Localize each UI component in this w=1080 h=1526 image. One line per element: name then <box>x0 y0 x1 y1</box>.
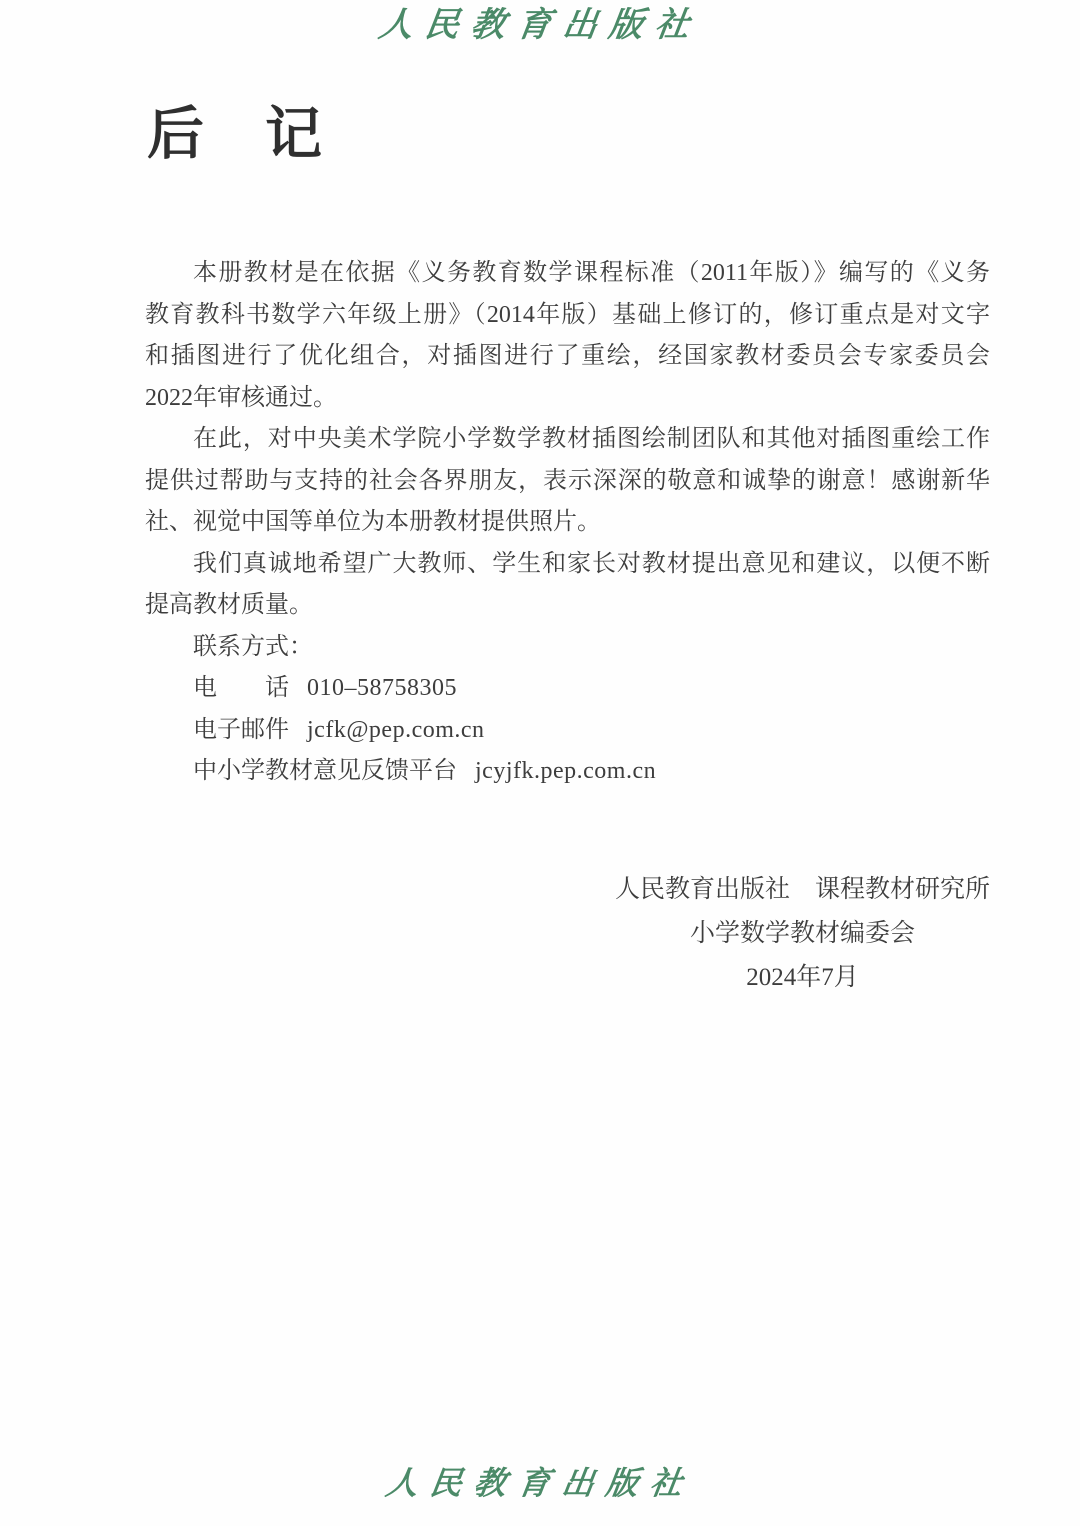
signature-date: 2024年7月 <box>615 956 990 1000</box>
email-label: 电子邮件 <box>193 710 289 752</box>
phone-number: 010–58758305 <box>307 675 457 701</box>
publisher-logo-bottom: 人民教育出版社 <box>0 1460 1080 1506</box>
paragraph1-line: 2022年审核通过。 <box>145 378 990 420</box>
signature-editorial-committee: 小学数学教材编委会 <box>615 912 990 956</box>
signature-publisher-institute: 人民教育出版社 课程教材研究所 <box>615 868 990 912</box>
paragraph1-line: 本册教材是在依据《义务教育数学课程标准（2011年版）》编写的《义务 <box>145 253 990 295</box>
contact-row-email: 电子邮件jcfk@pep.com.cn <box>145 710 990 752</box>
publisher-logo-top: 人民教育出版社 <box>0 2 1080 48</box>
feedback-platform-label: 中小学教材意见反馈平台 <box>193 751 457 793</box>
paragraph1-line: 教育教科书数学六年级上册》（2014年版）基础上修订的，修订重点是对文字 <box>145 295 990 337</box>
feedback-platform-url: jcyjfk.pep.com.cn <box>475 758 656 784</box>
paragraph3-line: 提高教材质量。 <box>145 585 990 627</box>
contact-heading: 联系方式： <box>145 627 990 669</box>
paragraph2-line: 提供过帮助与支持的社会各界朋友，表示深深的敬意和诚挚的谢意！感谢新华 <box>145 461 990 503</box>
page-title: 后 记 <box>147 98 324 172</box>
paragraph2-line: 社、视觉中国等单位为本册教材提供照片。 <box>145 502 990 544</box>
signature-block: 人民教育出版社 课程教材研究所 小学数学教材编委会 2024年7月 <box>615 868 990 1000</box>
phone-label: 电 话 <box>193 668 289 710</box>
contact-row-phone: 电 话010–58758305 <box>145 668 990 710</box>
contact-row-feedback-platform: 中小学教材意见反馈平台jcyjfk.pep.com.cn <box>145 751 990 793</box>
paragraph1-line: 和插图进行了优化组合，对插图进行了重绘，经国家教材委员会专家委员会 <box>145 336 990 378</box>
email-address: jcfk@pep.com.cn <box>307 717 485 743</box>
afterword-page: 人民教育出版社 后 记 本册教材是在依据《义务教育数学课程标准（2011年版）》… <box>0 0 1080 1526</box>
body-text: 本册教材是在依据《义务教育数学课程标准（2011年版）》编写的《义务 教育教科书… <box>145 253 990 793</box>
paragraph3-line: 我们真诚地希望广大教师、学生和家长对教材提出意见和建议，以便不断 <box>145 544 990 586</box>
paragraph2-line: 在此，对中央美术学院小学数学教材插图绘制团队和其他对插图重绘工作 <box>145 419 990 461</box>
